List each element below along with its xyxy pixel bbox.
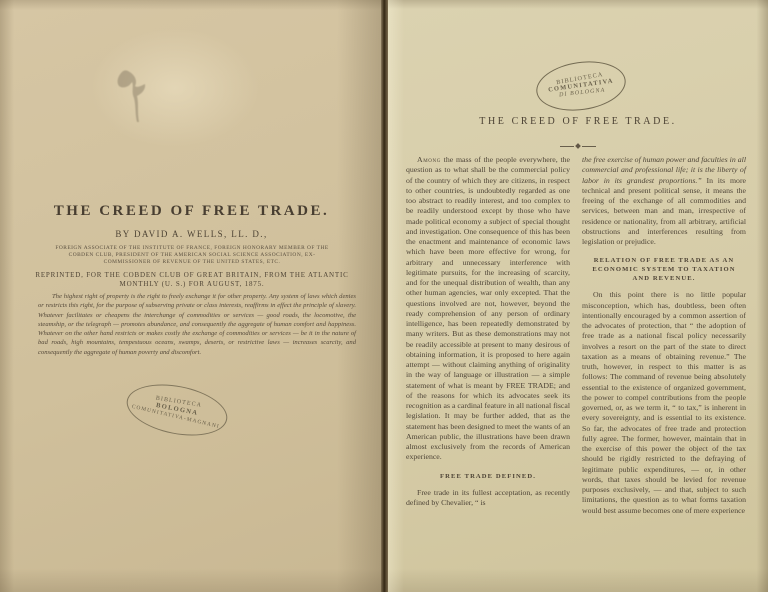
- running-head: THE CREED OF FREE TRADE.: [388, 116, 768, 127]
- author-credentials: FOREIGN ASSOCIATE OF THE INSTITUTE OF FR…: [52, 245, 332, 265]
- ornament-diamond-icon: [575, 143, 581, 149]
- left-page: THE CREED OF FREE TRADE. BY DAVID A. WEL…: [0, 0, 383, 592]
- section-heading: FREE TRADE DEFINED.: [412, 472, 564, 481]
- library-stamp-left: BIBLIOTECA BOLOGNA COMUNITATIVA-MAGNANI: [122, 377, 231, 444]
- paragraph: the free exercise of human power and fac…: [582, 155, 746, 247]
- plant-silhouette: [118, 70, 146, 122]
- paragraph-text: the mass of the people everywhere, the q…: [406, 155, 570, 461]
- library-stamp-right: BIBLIOTECA COMUNITATIVA DI BOLOGNA: [533, 56, 629, 116]
- page-gutter-shadow: [381, 0, 388, 592]
- book-spread: THE CREED OF FREE TRADE. BY DAVID A. WEL…: [0, 0, 768, 592]
- section-heading: RELATION OF FREE TRADE AS AN ECONOMIC SY…: [588, 256, 740, 283]
- ornament-line: [560, 146, 574, 147]
- paragraph: Free trade in its fullest acceptation, a…: [406, 488, 570, 509]
- paragraph: On this point there is no little popular…: [582, 290, 746, 516]
- paragraph: Among the mass of the people everywhere,…: [406, 155, 570, 463]
- paragraph-text: In its more technical and present politi…: [582, 176, 746, 247]
- pressed-plant-mark-icon: [108, 66, 156, 124]
- epigraph: The highest right of property is the rig…: [38, 292, 356, 357]
- two-column-text-block: Among the mass of the people everywhere,…: [406, 155, 746, 516]
- text-column-left: Among the mass of the people everywhere,…: [406, 155, 570, 516]
- right-page: BIBLIOTECA COMUNITATIVA DI BOLOGNA THE C…: [388, 0, 768, 592]
- reprint-note: REPRINTED, FOR THE COBDEN CLUB OF GREAT …: [34, 271, 350, 289]
- page-title: THE CREED OF FREE TRADE.: [0, 203, 383, 220]
- ornament-line: [582, 146, 596, 147]
- byline: BY DAVID A. WELLS, LL. D.,: [0, 229, 383, 239]
- text-column-right: the free exercise of human power and fac…: [582, 155, 746, 516]
- header-ornament: [388, 144, 768, 148]
- lead-word: Among: [417, 155, 441, 164]
